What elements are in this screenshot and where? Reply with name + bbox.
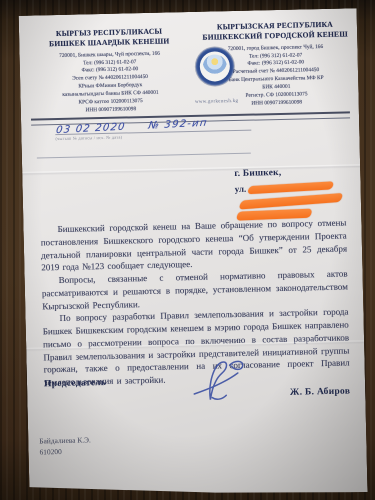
recipient-street-row: ул. [235, 181, 353, 194]
recipient-city: г. Бишкек, [234, 166, 352, 179]
emblem-inner-disc [200, 51, 231, 82]
letterhead-title-ky: КЫРГЫЗ РЕСПУБЛИКАСЫ БИШКЕК ШААРДЫК КЕНЕШ… [31, 26, 187, 49]
handwritten-signature [171, 352, 262, 412]
executor-block: Байдалиева К.Э. 610200 [39, 434, 91, 457]
handwritten-number: № 392-ип [148, 118, 209, 132]
redaction-strip [239, 193, 344, 210]
signer-position: Председатель [44, 378, 106, 389]
street-prefix: ул. [235, 184, 247, 194]
org-name-ky: БИШКЕК ШААРДЫК КЕНЕШИ [31, 36, 187, 49]
recipient-block: г. Бишкек, ул. [234, 166, 353, 220]
incoming-form-line [37, 153, 251, 159]
redaction-strip [247, 181, 334, 194]
outgoing-number-block: 03 02 2020 № 392-ип (чыгыш № датасы / ис… [55, 120, 265, 141]
executor-name: Байдалиева К.Э. [39, 434, 91, 446]
signature-row: Председатель Ж. Б. Абиров [44, 364, 351, 415]
letterhead-address-ky: 720001, Бишкек шаары, Чүй проспекти, 166… [32, 50, 189, 116]
paragraph: Бишкекский городской кенеш на Ваше обращ… [40, 217, 347, 275]
letterhead-title-ru: КЫРГЫЗСКАЯ РЕСПУБЛИКА БИШКЕКСКИЙ ГОРОДСК… [199, 19, 351, 42]
signer-name: Ж. Б. Абиров [290, 386, 351, 397]
letter-document: КЫРГЫЗ РЕСПУБЛИКАСЫ БИШКЕК ШААРДЫК КЕНЕШ… [19, 8, 368, 500]
executor-phone: 610200 [39, 445, 91, 457]
emblem-artwork [203, 54, 228, 79]
